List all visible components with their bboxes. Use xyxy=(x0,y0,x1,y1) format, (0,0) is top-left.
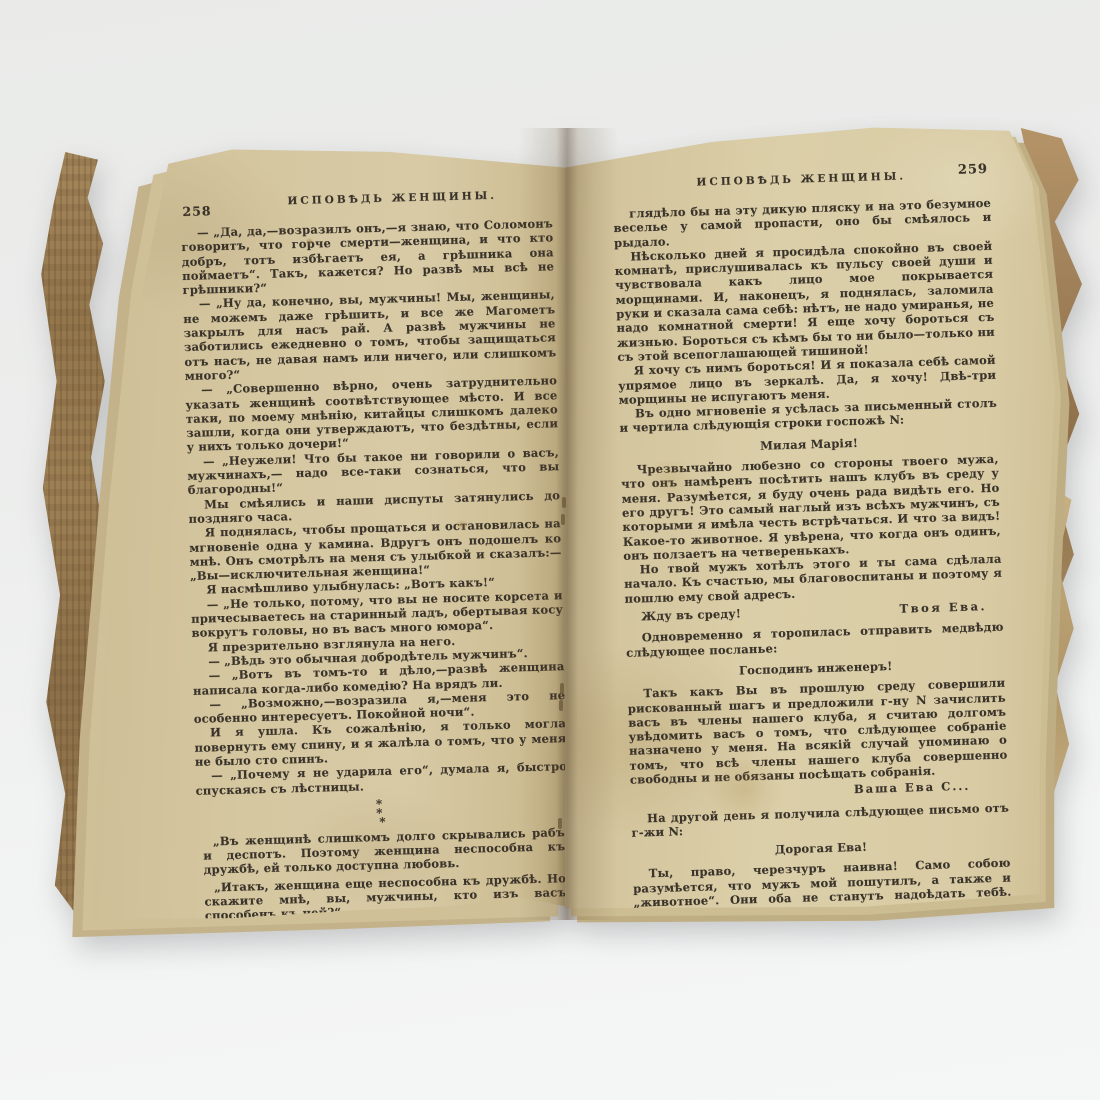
binding-stitch xyxy=(561,514,565,525)
binding-stitch xyxy=(560,683,564,694)
running-header: ИСПОВѢДЬ ЖЕНЩИНЫ. xyxy=(612,167,990,193)
left-page-text: 258 ИСПОВѢДЬ ЖЕНЩИНЫ. — „Да, да,—возрази… xyxy=(180,185,576,1100)
right-page: ИСПОВѢДЬ ЖЕНЩИНЫ. 259 глядѣло бы на эту … xyxy=(560,118,1065,918)
paragraph: Въ слѣдующій разъ клубъ долженъ былъ соб… xyxy=(200,935,576,1100)
paragraph: Одновременно я торопилась отправить медв… xyxy=(626,620,1005,660)
binding-stitch xyxy=(559,700,563,711)
running-header: ИСПОВѢДЬ ЖЕНЩИНЫ. xyxy=(206,187,578,211)
letter-paragraph: Такъ какъ Вы въ прошлую среду совершили … xyxy=(627,676,1008,787)
letter-paragraph: Ты, право, черезчуръ наивна! Само собою … xyxy=(633,856,1015,1010)
page-number: 259 xyxy=(958,163,989,178)
photo-background: { "photo": { "background_top": "#eaebe9"… xyxy=(0,0,1100,1100)
signature-mark: 17* xyxy=(637,1015,1015,1041)
epigraph-quote: „Въ женщинѣ слишкомъ долго скрывались ра… xyxy=(203,825,566,877)
asterisk-separator: * * * xyxy=(347,799,418,828)
letter-closing-left: Жду въ среду! xyxy=(641,606,741,623)
paragraph: На другой день я получила слѣдующее пись… xyxy=(631,800,1010,840)
paragraph: Я поднялась, чтобы прощаться и остановил… xyxy=(189,516,562,583)
paragraph: — „Совершенно вѣрно, очень затруднительн… xyxy=(185,373,559,454)
binding-stitch xyxy=(558,818,562,829)
letter-signature: Твоя Ева. xyxy=(899,599,987,616)
paragraph: — „Ну да, конечно, вы, мужчины! Мы, женщ… xyxy=(183,288,557,383)
binding-stitch xyxy=(562,497,566,508)
asterisk-separator-bottom: * xyxy=(347,817,417,828)
paragraph: — „Да, да,—возразилъ онъ,—я знаю, что Со… xyxy=(181,216,555,297)
letter-paragraph: Чрезвычайно любезно со стороны твоего му… xyxy=(621,452,1002,563)
open-book: 258 ИСПОВѢДЬ ЖЕНЩИНЫ. — „Да, да,—возрази… xyxy=(0,0,1100,1100)
paragraph: Нѣсколько дней я просидѣла спокойно въ с… xyxy=(614,239,995,365)
left-page: 258 ИСПОВѢДЬ ЖЕНЩИНЫ. — „Да, да,—возрази… xyxy=(85,140,575,930)
